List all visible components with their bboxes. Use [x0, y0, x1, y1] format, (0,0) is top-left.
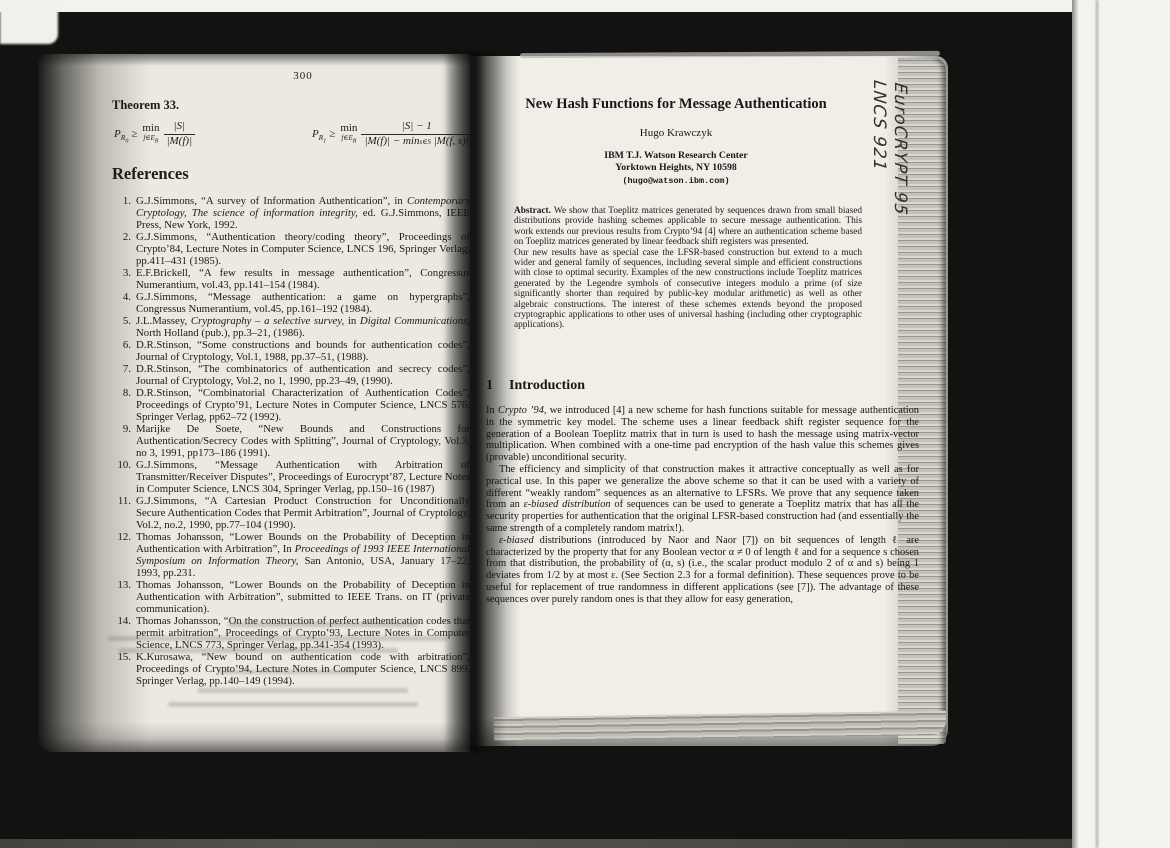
reference-item: 14.Thomas Johansson, “On the constructio… [112, 615, 470, 651]
author-email: (hugo@watson.ibm.com) [486, 176, 866, 186]
scanner-margin-corner [0, 0, 58, 44]
affiliation-line-2: Yorktown Heights, NY 10598 [486, 162, 866, 175]
abstract-paragraph: Our new results have as special case the… [514, 248, 862, 331]
reference-item: 15.K.Kurosawa, “New bound on authenticat… [112, 651, 470, 687]
paper-header: New Hash Functions for Message Authentic… [486, 96, 866, 186]
left-page-content: 300 Theorem 33. PR0≥minf∈ER|S||M(f)| PR1… [38, 54, 470, 752]
reference-text: Thomas Johansson, “Lower Bounds on the P… [136, 579, 470, 615]
section-heading: 1Introduction [486, 378, 585, 394]
reference-text: K.Kurosawa, “New bound on authentication… [136, 651, 470, 687]
relation-sign: ≥ [131, 128, 137, 140]
affiliation-line-1: IBM T.J. Watson Research Center [486, 150, 866, 163]
reference-item: 10.G.J.Simmons, “Message Authentication … [112, 459, 470, 495]
reference-text: D.R.Stinson, “Combinatorial Characteriza… [136, 387, 470, 423]
reference-item: 13.Thomas Johansson, “Lower Bounds on th… [112, 579, 470, 615]
reference-text: D.R.Stinson, “The combinatorics of authe… [136, 363, 470, 387]
reference-text: G.J.Simmons, “A Cartesian Product Constr… [136, 495, 470, 531]
theorem-formula-1: PR0≥minf∈ER|S||M(f)| [114, 120, 197, 149]
references-list: 1.G.J.Simmons, “A survey of Information … [112, 195, 470, 687]
relation-sign: ≥ [329, 128, 335, 140]
formula-lhs: PR1 [312, 128, 326, 140]
reference-text: Marijke De Soete, “New Bounds and Constr… [136, 423, 470, 459]
bleed-through-text [218, 670, 358, 674]
reference-item: 7.D.R.Stinson, “The combinatorics of aut… [112, 363, 470, 387]
min-operator: minf∈ER [142, 123, 159, 145]
scanner-margin-top [0, 0, 1170, 12]
references-heading: References [112, 164, 189, 184]
paper-title: New Hash Functions for Message Authentic… [486, 96, 866, 113]
reference-item: 3.E.F.Brickell, “A few results in messag… [112, 267, 470, 291]
page-number: 300 [128, 70, 478, 82]
reference-number: 9. [112, 423, 131, 435]
reference-text: Thomas Johansson, “Lower Bounds on the P… [136, 531, 470, 579]
formula-lhs: PR0 [114, 128, 128, 140]
reference-number: 11. [112, 495, 131, 507]
introduction-text: In Crypto ’94, we introduced [4] a new s… [486, 405, 919, 606]
section-title: Introduction [509, 378, 585, 393]
reference-item: 6.D.R.Stinson, “Some constructions and b… [112, 339, 470, 363]
book-scan-photo: 300 Theorem 33. PR0≥minf∈ER|S||M(f)| PR1… [0, 0, 1170, 848]
theorem-formulas: PR0≥minf∈ER|S||M(f)| PR1≥minf∈ER|S| − 1|… [114, 120, 474, 149]
reference-number: 7. [112, 363, 131, 375]
reference-number: 4. [112, 291, 131, 303]
reference-text: E.F.Brickell, “A few results in message … [136, 267, 470, 291]
reference-number: 1. [112, 195, 131, 207]
affiliation: IBM T.J. Watson Research Center Yorktown… [486, 150, 866, 175]
abstract-label: Abstract. [514, 206, 551, 216]
scanner-edge-line [1096, 0, 1098, 848]
reference-text: Thomas Johansson, “On the construction o… [136, 615, 470, 651]
scanner-margin-right [1072, 0, 1170, 848]
reference-number: 12. [112, 531, 131, 543]
reference-item: 4.G.J.Simmons, “Message authentication: … [112, 291, 470, 315]
reference-number: 3. [112, 267, 131, 279]
reference-item: 12.Thomas Johansson, “Lower Bounds on th… [112, 531, 470, 579]
reference-text: D.R.Stinson, “Some constructions and bou… [136, 339, 470, 363]
reference-text: G.J.Simmons, “Message Authentication wit… [136, 459, 470, 495]
reference-number: 8. [112, 387, 131, 399]
scanner-margin-bottom [0, 839, 1072, 848]
bleed-through-text [198, 688, 408, 693]
section-number: 1 [486, 378, 493, 393]
reference-text: J.L.Massey, Cryptography – a selective s… [136, 315, 470, 339]
reference-item: 1.G.J.Simmons, “A survey of Information … [112, 195, 470, 231]
handwriting-line-1: EuroCRYPT 95 [889, 81, 910, 216]
author-name: Hugo Krawczyk [486, 127, 866, 139]
intro-paragraph: The efficiency and simplicity of that co… [486, 464, 919, 535]
bleed-through-text [108, 636, 448, 641]
bleed-through-text [168, 702, 418, 707]
reference-item: 9.Marijke De Soete, “New Bounds and Cons… [112, 423, 470, 459]
theorem-formula-2: PR1≥minf∈ER|S| − 1|M(f)| − mins∈S |M(f, … [312, 120, 474, 149]
reference-item: 5.J.L.Massey, Cryptography – a selective… [112, 315, 470, 339]
abstract: Abstract.We show that Toeplitz matrices … [514, 206, 862, 331]
reference-number: 5. [112, 315, 131, 327]
reference-number: 14. [112, 615, 131, 627]
theorem-label: Theorem 33. [112, 98, 179, 113]
reference-number: 6. [112, 339, 131, 351]
reference-item: 2.G.J.Simmons, “Authentication theory/co… [112, 231, 470, 267]
reference-number: 2. [112, 231, 131, 243]
intro-paragraph: In Crypto ’94, we introduced [4] a new s… [486, 405, 919, 464]
fraction: |S||M(f)| [164, 120, 196, 149]
bleed-through-text [228, 622, 418, 627]
fraction: |S| − 1|M(f)| − mins∈S |M(f, s)| [361, 120, 472, 149]
bleed-through-text [118, 648, 398, 653]
formula-subscript: R1 [319, 133, 327, 142]
reference-text: G.J.Simmons, “Authentication theory/codi… [136, 231, 470, 267]
reference-item: 8.D.R.Stinson, “Combinatorial Characteri… [112, 387, 470, 423]
intro-paragraph: ε-biased distributions (introduced by Na… [486, 535, 919, 606]
abstract-paragraph: Abstract.We show that Toeplitz matrices … [514, 206, 862, 248]
formula-subscript: R0 [121, 133, 129, 142]
reference-item: 11.G.J.Simmons, “A Cartesian Product Con… [112, 495, 470, 531]
scanner-edge-shadow [1072, 0, 1079, 848]
reference-text: G.J.Simmons, “A survey of Information Au… [136, 195, 470, 231]
handwriting-line-2: LNCS 921 [868, 79, 889, 214]
reference-text: G.J.Simmons, “Message authentication: a … [136, 291, 470, 315]
handwritten-annotation: EuroCRYPT 95 LNCS 921 [868, 79, 910, 217]
min-operator: minf∈ER [340, 123, 357, 145]
reference-number: 10. [112, 459, 131, 471]
reference-number: 13. [112, 579, 131, 591]
